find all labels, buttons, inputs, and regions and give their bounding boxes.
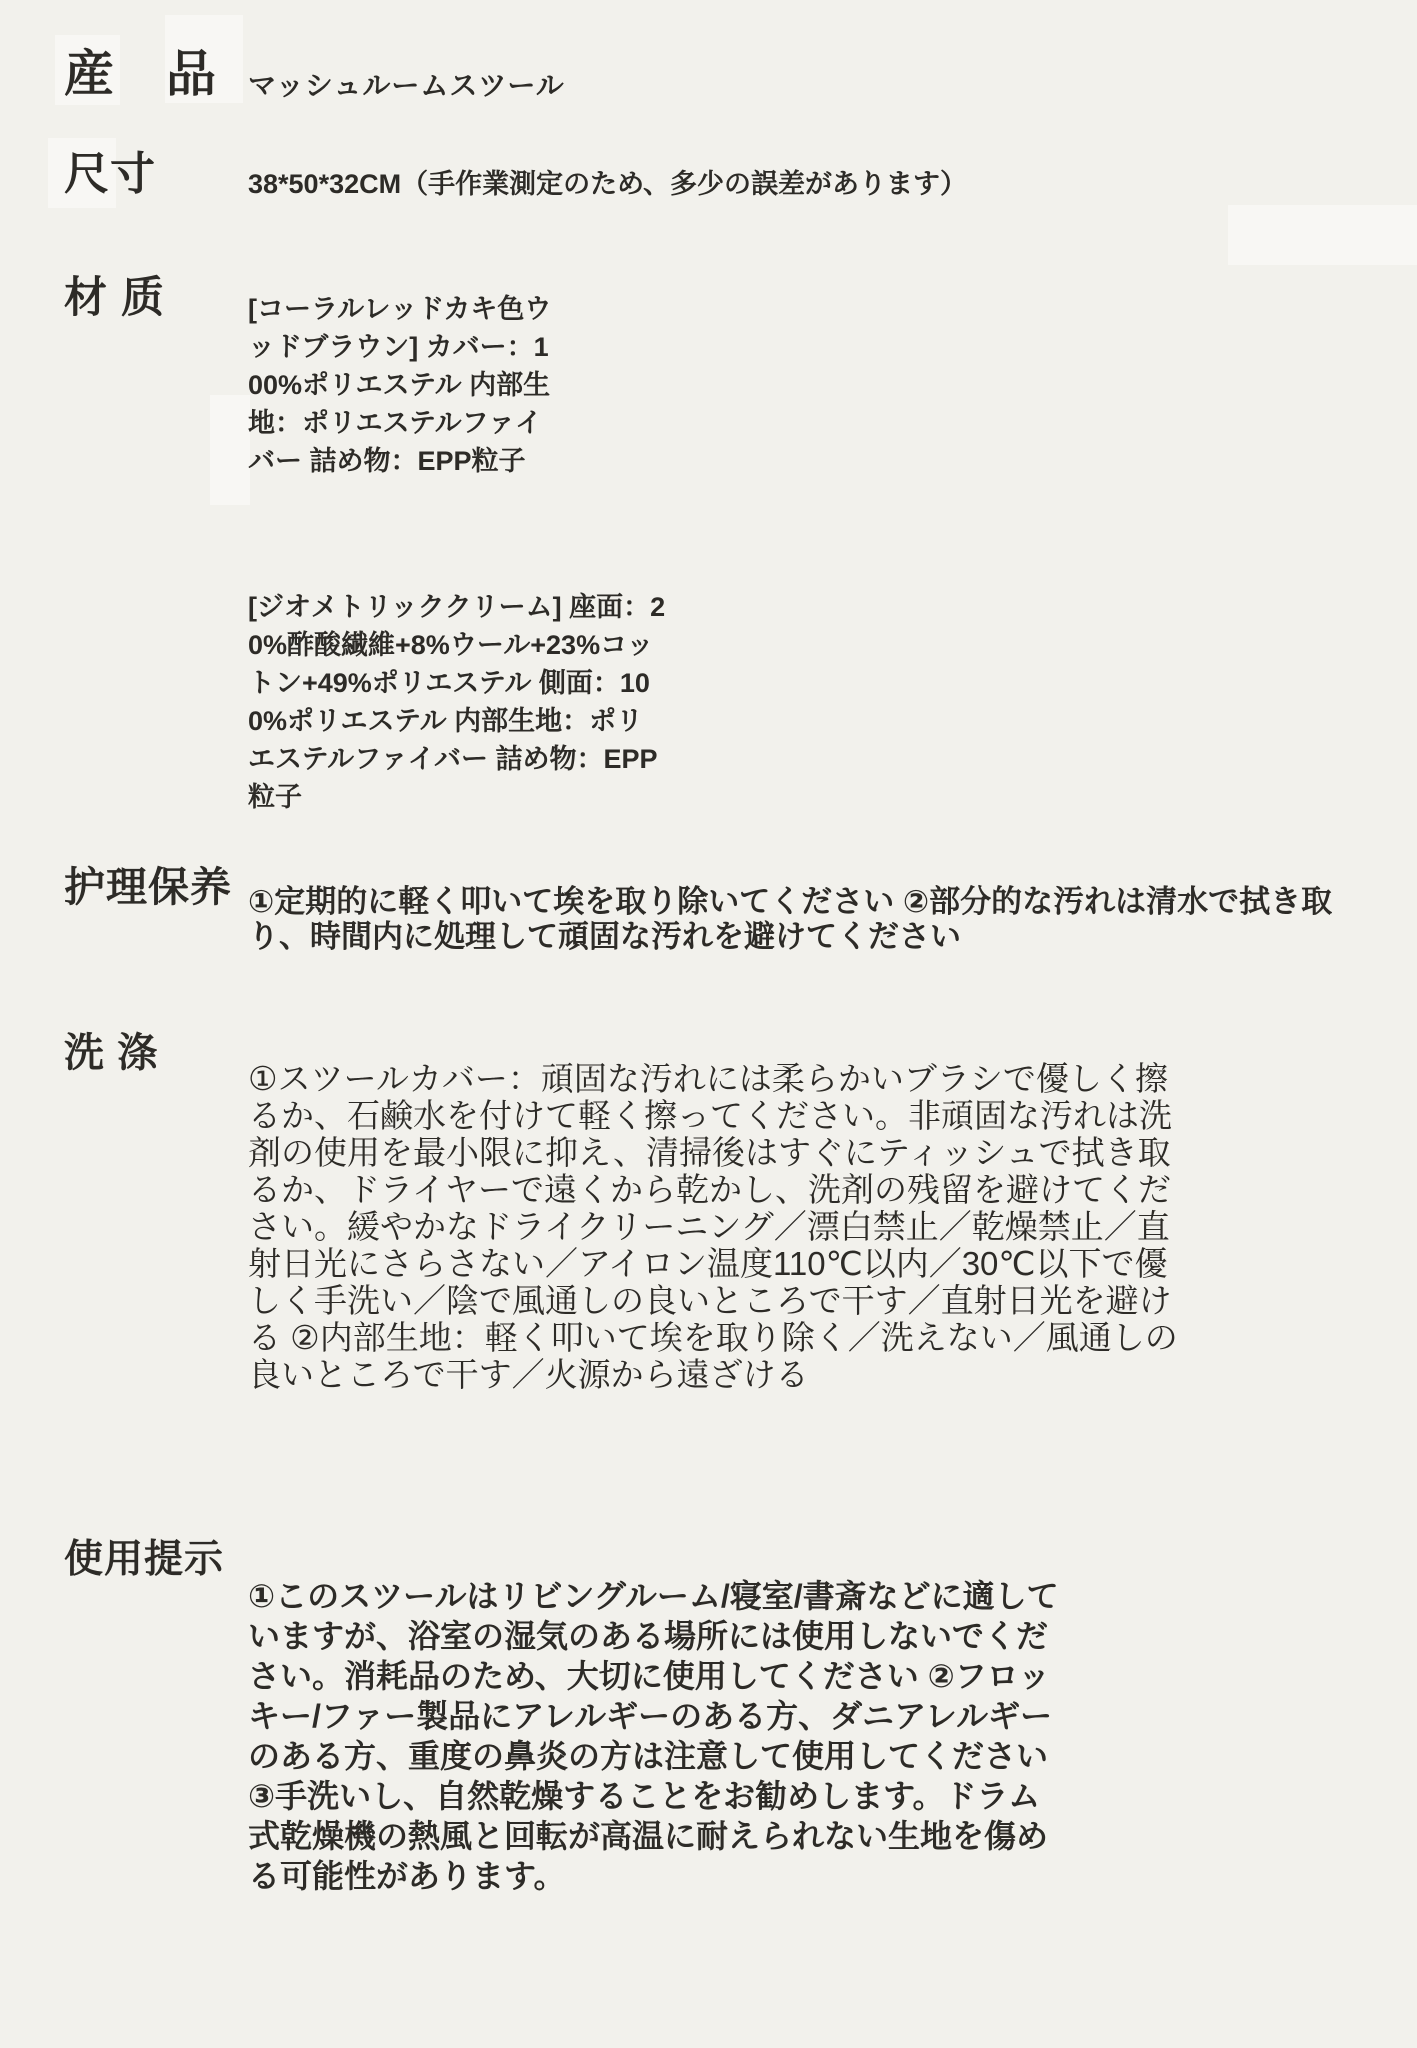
background-patch xyxy=(1228,205,1417,265)
product-spec-sheet: 産 品 マッシュルームスツール 尺寸 38*50*32CM（手作業測定のため、多… xyxy=(0,0,1417,2048)
washing-value: ①スツールカバー：頑固な汚れには柔らかいブラシで優しく擦るか、石鹸水を付けて軽く… xyxy=(248,1060,1196,1393)
material-variant-1-value: [コーラルレッドカキ色ウッドブラウン] カバー：100%ポリエステル 内部生地：… xyxy=(248,290,556,480)
background-patch xyxy=(210,395,250,505)
usage-value: ①このスツールはリビングルーム/寝室/書斎などに適していますが、浴室の湿気のある… xyxy=(248,1576,1060,1896)
washing-label: 洗 涤 xyxy=(64,1032,158,1074)
material-label: 材 质 xyxy=(64,276,165,321)
material-variant-2-value: [ジオメトリッククリーム] 座面：20%酢酸繊維+8%ウール+23%コットン+4… xyxy=(248,588,668,816)
product-label: 産 品 xyxy=(64,48,217,101)
usage-label: 使用提示 xyxy=(64,1540,224,1581)
product-name-value: マッシュルームスツール xyxy=(248,68,565,103)
care-value: ①定期的に軽く叩いて埃を取り除いてください ②部分的な汚れは清水で拭き取り、時間… xyxy=(248,884,1393,954)
size-label: 尺寸 xyxy=(64,150,156,197)
care-label: 护理保养 xyxy=(64,866,232,909)
size-value: 38*50*32CM（手作業測定のため、多少の誤差があります） xyxy=(248,168,1368,202)
